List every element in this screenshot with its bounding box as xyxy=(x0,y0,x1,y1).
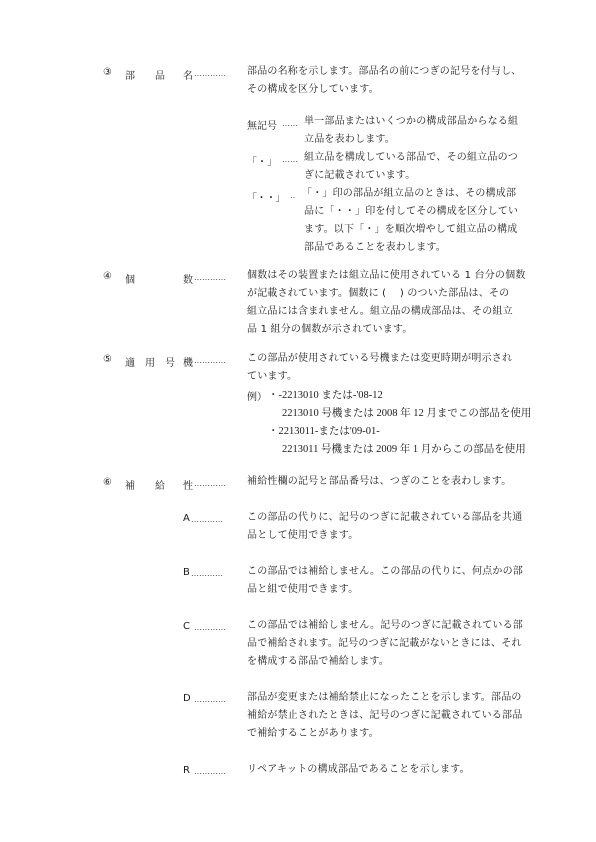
supply-code: R xyxy=(183,765,190,776)
dot-leader: ………… xyxy=(194,695,226,704)
section-number: ③ xyxy=(103,67,112,78)
description-line: 個数はその装置または組立品に使用されている 1 台分の個数 xyxy=(247,267,526,285)
label-char: 補 xyxy=(125,477,135,492)
supply-description-line: で補給することがあります。 xyxy=(247,725,379,743)
description-line: この部品が使用されている号機または変更時期が明示され xyxy=(247,350,512,368)
dot-leader: ………… xyxy=(194,767,226,776)
supply-code: D xyxy=(183,693,191,704)
supply-code: B xyxy=(183,567,190,578)
dot-leader: ………… xyxy=(194,479,226,488)
example-code: ・-2213010 または-'08-12 xyxy=(268,387,383,402)
label-char: 部 xyxy=(125,67,135,82)
supply-description-line: 部品が変更または補給禁止になったことを示します。部品の xyxy=(247,689,522,707)
dot-leader: ………… xyxy=(194,623,226,632)
supply-description-line: 補給が禁止されたときは、記号のつぎに記載されている部品 xyxy=(247,707,522,725)
description-line: 補給性欄の記号と部品番号は、つぎのことを表わします。 xyxy=(247,473,511,491)
supply-description-line: この部品では補給しません。この部品の代りに、何点かの部 xyxy=(247,563,523,581)
example-description: 2213011 号機または 2009 年 1 月からこの部品を使用 xyxy=(282,441,526,456)
supply-description-line: この部品の代りに、記号のつぎに記載されている部品を共通 xyxy=(247,509,522,527)
description-line: 部品の名称を示します。部品名の前につぎの記号を付与し、 xyxy=(247,63,521,81)
description-line: ています。 xyxy=(247,368,297,386)
dot-leader: ………… xyxy=(194,273,226,282)
dot-leader: ………… xyxy=(191,569,223,578)
symbol-description-line: 品に「・・」印を付してその構成を区分してい xyxy=(304,203,518,221)
description-line: 組立品には含まれません。組立品の構成部品は、その組立 xyxy=(247,303,513,321)
dot-leader: …… xyxy=(282,155,298,164)
label-char: 用 xyxy=(145,354,155,369)
symbol-label: 「・・」 xyxy=(247,189,285,204)
section-number: ④ xyxy=(103,271,112,282)
dot-leader: ………… xyxy=(194,69,226,78)
description-line: が記載されています。個数に ( ) のついた部品は、その xyxy=(247,285,509,303)
section-number: ⑥ xyxy=(103,477,112,488)
supply-code: A xyxy=(183,513,190,524)
dot-leader: ………… xyxy=(194,356,226,365)
symbol-description-line: 立品を表わします。 xyxy=(304,131,395,149)
symbol-label: 無記号 xyxy=(247,117,277,132)
dot-leader: …… xyxy=(282,119,298,128)
supply-description-line: この部品では補給しません。記号のつぎに記載されている部 xyxy=(247,617,523,635)
dot-leader: ………… xyxy=(191,515,223,524)
supply-description-line: 品で補給されます。記号のつぎに記載がないときには、それ xyxy=(247,635,522,653)
symbol-description-line: ます。以下「・」を順次増やして組立品の構成 xyxy=(304,221,517,239)
symbol-description-line: 単一部品またはいくつかの構成部品からなる組 xyxy=(304,113,518,131)
description-line: 品 1 組分の個数が示されています。 xyxy=(247,321,413,339)
symbol-description-line: 部品であることを表わします。 xyxy=(304,239,446,257)
label-char: 個 xyxy=(125,271,135,286)
label-char: 品 xyxy=(155,67,165,82)
symbol-description-line: ぎに記載されています。 xyxy=(304,167,415,185)
dot-leader: ‥ xyxy=(290,191,295,200)
example-code: ・2213011-または'09-01- xyxy=(268,423,380,438)
label-char: 数 xyxy=(183,271,193,286)
label-char: 名 xyxy=(183,67,193,82)
description-line: その構成を区分しています。 xyxy=(247,81,379,99)
example-prefix: 例） xyxy=(247,388,267,403)
label-char: 給 xyxy=(155,477,165,492)
label-char: 性 xyxy=(183,477,193,492)
example-description: 2213010 号機または 2008 年 12 月までこの部品を使用 xyxy=(282,405,531,420)
supply-description-line: 品と組で使用できます。 xyxy=(247,581,358,599)
label-char: 機 xyxy=(183,354,193,369)
supply-description-line: 品として使用できます。 xyxy=(247,527,358,545)
section-number: ⑤ xyxy=(103,354,112,365)
symbol-label: 「・」 xyxy=(247,153,277,168)
supply-description-line: リペアキットの構成部品であることを示します。 xyxy=(247,761,470,779)
symbol-description-line: 「・」印の部品が組立品のときは、その構成部 xyxy=(302,185,516,203)
label-char: 適 xyxy=(125,354,135,369)
symbol-description-line: 組立品を構成している部品で、その組立品のつ xyxy=(304,149,518,167)
supply-code: C xyxy=(183,621,190,632)
supply-description-line: を構成する部品で補給します。 xyxy=(247,653,389,671)
label-char: 号 xyxy=(165,354,175,369)
